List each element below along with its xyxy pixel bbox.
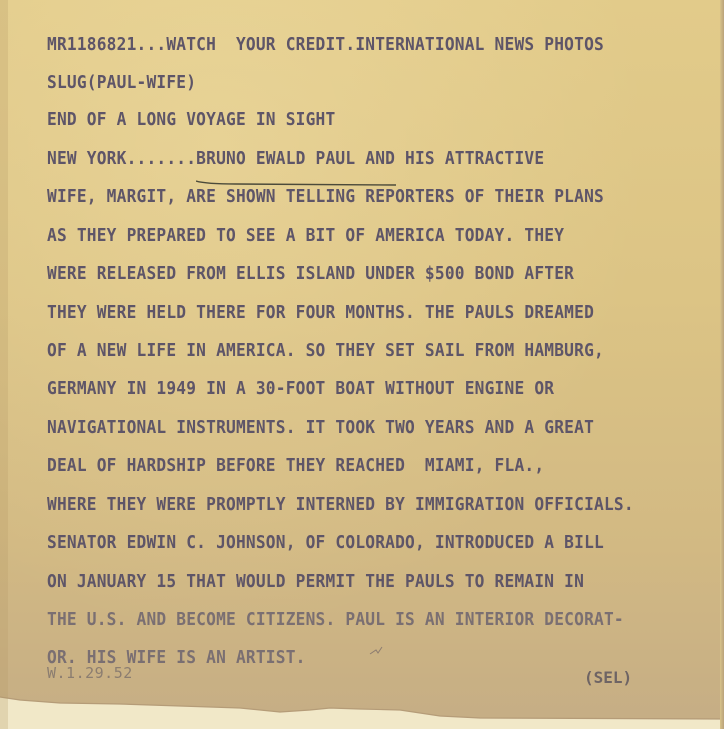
body-line: NEW YORK.......BRUNO EWALD PAUL AND HIS … (47, 147, 544, 168)
body-line: ON JANUARY 15 THAT WOULD PERMIT THE PAUL… (47, 570, 584, 591)
body-line: DEAL OF HARDSHIP BEFORE THEY REACHED MIA… (47, 454, 544, 475)
date-code: W.1.29.52 (47, 664, 133, 682)
slug-line: SLUG(PAUL-WIFE) (47, 71, 196, 92)
body-line: WIFE, MARGIT, ARE SHOWN TELLING REPORTER… (47, 185, 604, 206)
body-line: OF A NEW LIFE IN AMERICA. SO THEY SET SA… (47, 339, 604, 360)
editor-initials: (SEL) (584, 668, 632, 687)
paper-right-edge (720, 0, 724, 729)
pen-check-mark (368, 644, 386, 658)
body-line: THEY WERE HELD THERE FOR FOUR MONTHS. TH… (47, 301, 594, 322)
pencil-underline-mark (196, 180, 396, 186)
reference-line: MR1186821...WATCH YOUR CREDIT.INTERNATIO… (47, 33, 604, 54)
body-line: NAVIGATIONAL INSTRUMENTS. IT TOOK TWO YE… (47, 416, 594, 437)
headline: END OF A LONG VOYAGE IN SIGHT (47, 108, 335, 129)
body-line: GERMANY IN 1949 IN A 30-FOOT BOAT WITHOU… (47, 377, 554, 398)
body-line: WERE RELEASED FROM ELLIS ISLAND UNDER $5… (47, 262, 574, 283)
body-line: THE U.S. AND BECOME CITIZENS. PAUL IS AN… (47, 608, 624, 629)
body-line: SENATOR EDWIN C. JOHNSON, OF COLORADO, I… (47, 531, 604, 552)
body-line: WHERE THEY WERE PROMPTLY INTERNED BY IMM… (47, 493, 634, 514)
body-line: AS THEY PREPARED TO SEE A BIT OF AMERICA… (47, 224, 564, 245)
